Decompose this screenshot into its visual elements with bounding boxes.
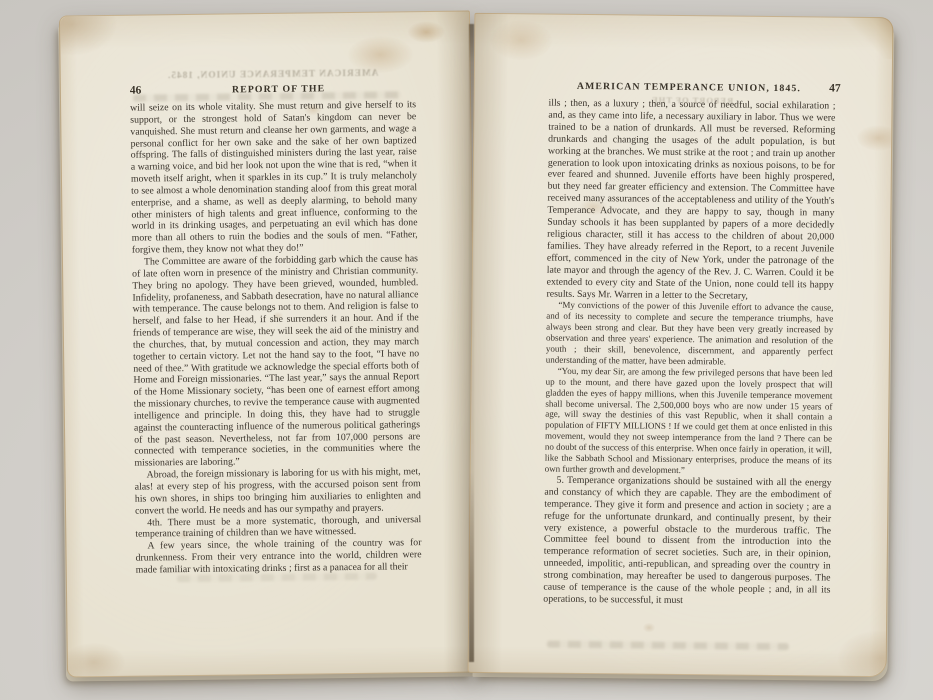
page-number: 47 <box>829 83 841 95</box>
paragraph: A few years since, the whole training of… <box>135 537 421 576</box>
paragraph: The Committee are aware of the forbiddin… <box>132 253 421 470</box>
running-header: AMERICAN TEMPERANCE UNION, 1845. <box>549 81 830 95</box>
page-number: 46 <box>130 85 142 97</box>
photo-backdrop: AMERICAN TEMPERANCE UNION, 1845. 46 REPO… <box>0 0 933 700</box>
paragraph: 4th. There must be a more systematic, th… <box>135 514 421 541</box>
bleedthrough-header: AMERICAN TEMPERANCE UNION, 1845. <box>130 68 416 81</box>
right-page-text: ills ; then, as a luxury ; then, a sourc… <box>543 98 835 609</box>
right-page-header: AMERICAN TEMPERANCE UNION, 1845. 47 <box>549 80 841 95</box>
left-page-header: 46 REPORT OF THE <box>130 81 416 96</box>
worn-corner <box>843 17 893 60</box>
running-header: REPORT OF THE <box>141 82 416 96</box>
right-page: REPORT OF THE AMERICAN TEMPERANCE UNION,… <box>468 13 894 677</box>
paragraph: ills ; then, as a luxury ; then, a sourc… <box>546 98 835 303</box>
bleedthrough-smudge <box>547 641 789 651</box>
paragraph: “You, my dear Sir, are among the few pri… <box>545 365 833 477</box>
paragraph: 5. Temperance organizations should be su… <box>543 474 831 608</box>
left-page: AMERICAN TEMPERANCE UNION, 1845. 46 REPO… <box>59 11 478 678</box>
paragraph: will seize on its whole vitality. She mu… <box>130 99 418 256</box>
paragraph: “My convictions of the power of this Juv… <box>546 300 834 368</box>
paragraph: Abroad, the foreign missionary is labori… <box>135 466 422 517</box>
left-page-text: will seize on its whole vitality. She mu… <box>130 99 422 576</box>
